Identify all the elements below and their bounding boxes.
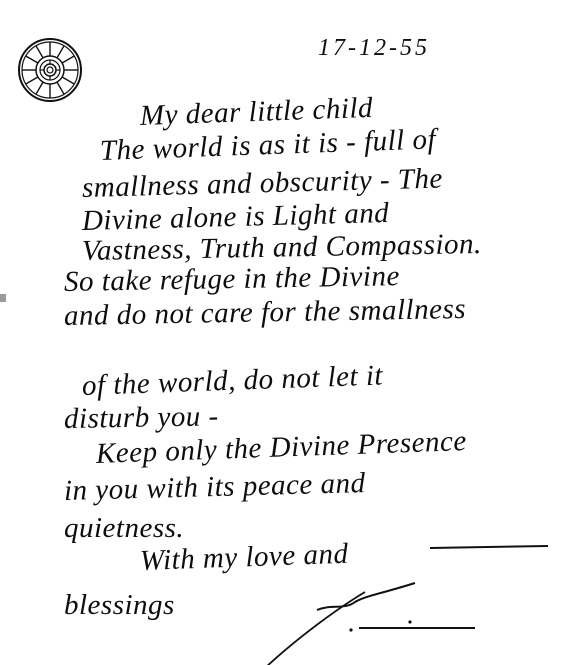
- body-line: smallness and obscurity - The: [82, 165, 444, 203]
- scan-edge-mark: [0, 294, 6, 302]
- signature-mark-icon: [255, 580, 495, 665]
- closing-blessings: blessings: [64, 591, 175, 620]
- lotus-emblem-icon: [17, 37, 83, 103]
- body-line: Vastness, Truth and Compassion.: [82, 230, 482, 266]
- closing-flourish: [430, 545, 548, 549]
- body-line: in you with its peace and: [64, 469, 366, 506]
- letter-date: 17-12-55: [318, 36, 430, 60]
- closing-line: With my love and: [139, 540, 348, 576]
- body-line: quietness.: [64, 514, 184, 543]
- body-line: and do not care for the smallness: [64, 295, 467, 331]
- letter-page: 17-12-55 My dear little child The world …: [0, 0, 577, 665]
- body-line: disturb you -: [64, 402, 219, 434]
- body-line: So take refuge in the Divine: [64, 262, 400, 297]
- body-line: of the world, do not let it: [81, 362, 383, 401]
- salutation: My dear little child: [139, 94, 373, 131]
